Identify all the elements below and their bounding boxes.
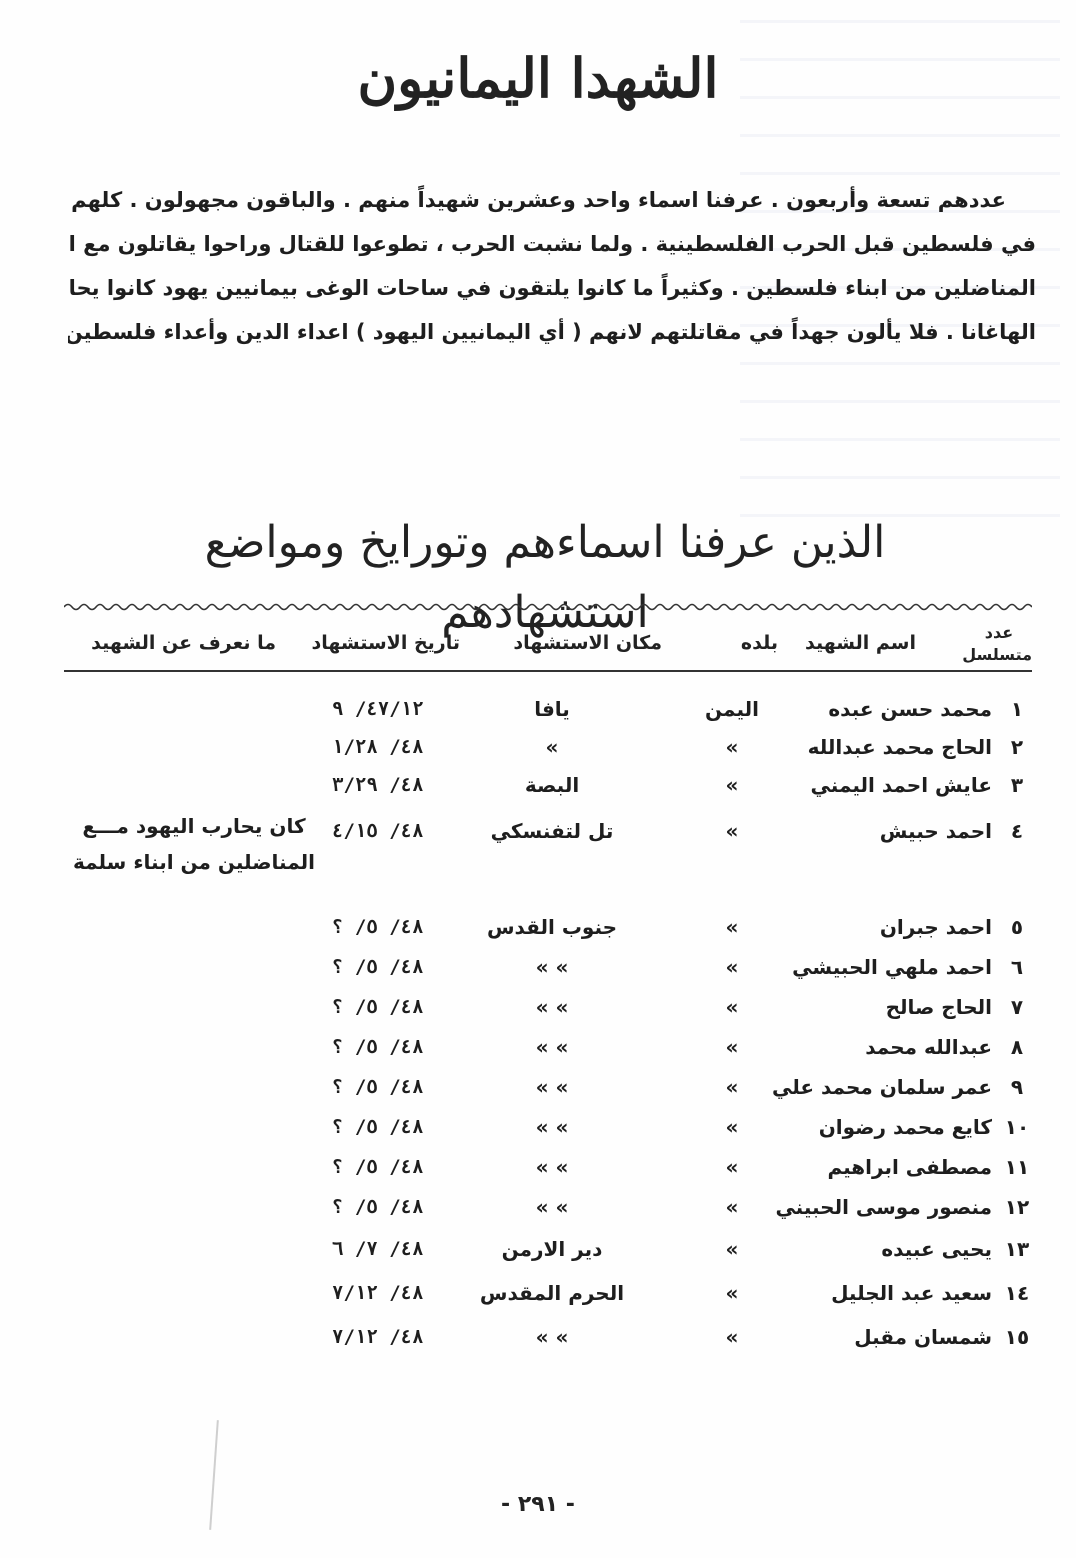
intro-paragraph: عددهم تسعة وأربعون . عرفنا اسماء واحد وع…: [68, 178, 1036, 354]
row-town: »: [692, 1318, 772, 1356]
row-town: »: [692, 1028, 772, 1066]
table-row: ١١ مصطفى ابراهيم » » » ٤٨/ ٥/ ؟: [64, 1148, 1032, 1186]
row-number: ١٠: [1002, 1108, 1032, 1146]
row-number: ٨: [1002, 1028, 1032, 1066]
header-notes: ما نعرف عن الشهيد: [91, 632, 276, 654]
header-name: اسم الشهيد: [805, 632, 916, 654]
table-row: ١٥ شمسان مقبل » » » ٤٨/ ٧/١٢: [64, 1318, 1032, 1356]
row-date: ٤٨/ ١/٢٨: [332, 728, 462, 766]
row-date: ٤٨/ ٣/٢٩: [332, 766, 462, 804]
row-town: »: [692, 908, 772, 946]
row-town: »: [692, 1188, 772, 1226]
row-name: منصور موسى الحبيني: [775, 1188, 992, 1226]
table-row: ٣ عايش احمد اليمني » البصة ٤٨/ ٣/٢٩: [64, 766, 1032, 804]
row-number: ٤: [1002, 812, 1032, 850]
row-number: ١٤: [1002, 1274, 1032, 1312]
row-name: احمد جبران: [880, 908, 992, 946]
row-date: ٤٧/١٢/ ٩: [332, 690, 462, 728]
intro-line: عددهم تسعة وأربعون . عرفنا اسماء واحد وع…: [68, 178, 1036, 222]
row-date: ٤٨/ ٥/ ؟: [332, 948, 462, 986]
header-place: مكان الاستشهاد: [513, 632, 662, 654]
table-row: ١٣ يحيى عبيده » دير الارمن ٤٨/ ٧/ ٦: [64, 1230, 1032, 1268]
table-row: ١٢ منصور موسى الحبيني » » » ٤٨/ ٥/ ؟: [64, 1188, 1032, 1226]
row-date: ٤٨/ ٥/ ؟: [332, 988, 462, 1026]
row-number: ٥: [1002, 908, 1032, 946]
table-row: ٩ عمر سلمان محمد علي » » » ٤٨/ ٥/ ؟: [64, 1068, 1032, 1106]
row-date: ٤٨/ ٤/١٥: [332, 812, 462, 850]
row-town: »: [692, 1148, 772, 1186]
row-town: »: [692, 1274, 772, 1312]
row-date: ٤٨/ ٥/ ؟: [332, 1108, 462, 1146]
row-name: عايش احمد اليمني: [811, 766, 992, 804]
table-header: عدد متسلسل اسم الشهيد بلده مكان الاستشها…: [64, 618, 1032, 670]
row-place: » »: [452, 988, 652, 1026]
row-place: جنوب القدس: [452, 908, 652, 946]
table-row: ٥ احمد جبران » جنوب القدس ٤٨/ ٥/ ؟: [64, 908, 1032, 946]
table-row: ٦ احمد ملهي الحبيشي » » » ٤٨/ ٥/ ؟: [64, 948, 1032, 986]
row-name: عمر سلمان محمد علي: [772, 1068, 992, 1106]
header-date: تاريخ الاستشهاد: [311, 632, 460, 654]
row-date: ٤٨/ ٧/١٢: [332, 1274, 462, 1312]
row-town: »: [692, 988, 772, 1026]
row-place: » »: [452, 1188, 652, 1226]
table-row: ١٠ كايع محمد رضوان » » » ٤٨/ ٥/ ؟: [64, 1108, 1032, 1146]
scanned-page: الشهدا اليمانيون عددهم تسعة وأربعون . عر…: [0, 0, 1076, 1558]
row-number: ١: [1002, 690, 1032, 728]
table-row: ٢ الحاج محمد عبدالله » » ٤٨/ ١/٢٨: [64, 728, 1032, 766]
header-rule: [64, 670, 1032, 672]
wavy-divider: [64, 600, 1032, 614]
table-row: ٧ الحاج صالح » » » ٤٨/ ٥/ ؟: [64, 988, 1032, 1026]
row-place: »: [452, 728, 652, 766]
row-name: الحاج صالح: [886, 988, 992, 1026]
page-title: الشهدا اليمانيون: [0, 38, 1076, 118]
header-town: بلده: [741, 632, 778, 654]
row-town: »: [692, 766, 772, 804]
row-place: » »: [452, 1148, 652, 1186]
row-name: سعيد عبد الجليل: [831, 1274, 992, 1312]
row-date: ٤٨/ ٥/ ؟: [332, 1148, 462, 1186]
row-name: الحاج محمد عبدالله: [808, 728, 992, 766]
header-serial-line1: عدد: [966, 622, 1032, 644]
row-place: » »: [452, 1028, 652, 1066]
header-serial: عدد متسلسل: [966, 622, 1032, 666]
row4-notes-line1: كان يحارب اليهود مـــع: [64, 808, 324, 844]
intro-line: في فلسطين قبل الحرب الفلسطينية . ولما نش…: [68, 222, 1036, 266]
row-name: محمد حسن عبده: [828, 690, 992, 728]
row-place: يافا: [452, 690, 652, 728]
row-place: » »: [452, 1068, 652, 1106]
row-town: »: [692, 1230, 772, 1268]
row-name: يحيى عبيده: [881, 1230, 992, 1268]
row-town: »: [692, 728, 772, 766]
row-place: الحرم المقدس: [452, 1274, 652, 1312]
row-name: كايع محمد رضوان: [819, 1108, 992, 1146]
row-number: ١٥: [1002, 1318, 1032, 1356]
row-town: »: [692, 812, 772, 850]
row-name: مصطفى ابراهيم: [827, 1148, 992, 1186]
row-number: ٩: [1002, 1068, 1032, 1106]
row-town: اليمن: [692, 690, 772, 728]
row-town: »: [692, 948, 772, 986]
row-place: » »: [452, 1108, 652, 1146]
row-date: ٤٨/ ٥/ ؟: [332, 1028, 462, 1066]
table-row: ١ محمد حسن عبده اليمن يافا ٤٧/١٢/ ٩: [64, 690, 1032, 728]
header-serial-line2: متسلسل: [966, 644, 1032, 666]
row-place: » »: [452, 1318, 652, 1356]
row-date: ٤٨/ ٧/١٢: [332, 1318, 462, 1356]
row-date: ٤٨/ ٧/ ٦: [332, 1230, 462, 1268]
row-name: عبدالله محمد: [865, 1028, 992, 1066]
row-place: » »: [452, 948, 652, 986]
row4-notes: كان يحارب اليهود مـــع المناضلين من ابنا…: [64, 808, 324, 880]
row-town: »: [692, 1068, 772, 1106]
row-number: ٦: [1002, 948, 1032, 986]
page-number: - ٢٩١ -: [0, 1492, 1076, 1517]
row-date: ٤٨/ ٥/ ؟: [332, 1188, 462, 1226]
row-place: تل لتفنسكي: [452, 812, 652, 850]
row-town: »: [692, 1108, 772, 1146]
row-name: احمد حبيش: [880, 812, 992, 850]
row-place: البصة: [452, 766, 652, 804]
intro-line: الهاغانا . فلا يألون جهداً في مقاتلتهم ل…: [68, 310, 1036, 354]
row-number: ١٣: [1002, 1230, 1032, 1268]
row4-notes-line2: المناضلين من ابناء سلمة: [64, 844, 324, 880]
row-number: ١٢: [1002, 1188, 1032, 1226]
row-number: ٧: [1002, 988, 1032, 1026]
row-date: ٤٨/ ٥/ ؟: [332, 1068, 462, 1106]
row-number: ٣: [1002, 766, 1032, 804]
row-place: دير الارمن: [452, 1230, 652, 1268]
row-number: ٢: [1002, 728, 1032, 766]
table-row: ٨ عبدالله محمد » » » ٤٨/ ٥/ ؟: [64, 1028, 1032, 1066]
table-row: ١٤ سعيد عبد الجليل » الحرم المقدس ٤٨/ ٧/…: [64, 1274, 1032, 1312]
row-name: احمد ملهي الحبيشي: [792, 948, 992, 986]
row-date: ٤٨/ ٥/ ؟: [332, 908, 462, 946]
row-number: ١١: [1002, 1148, 1032, 1186]
row-name: شمسان مقبل: [854, 1318, 992, 1356]
intro-line: المناضلين من ابناء فلسطين . وكثيراً ما ك…: [68, 266, 1036, 310]
